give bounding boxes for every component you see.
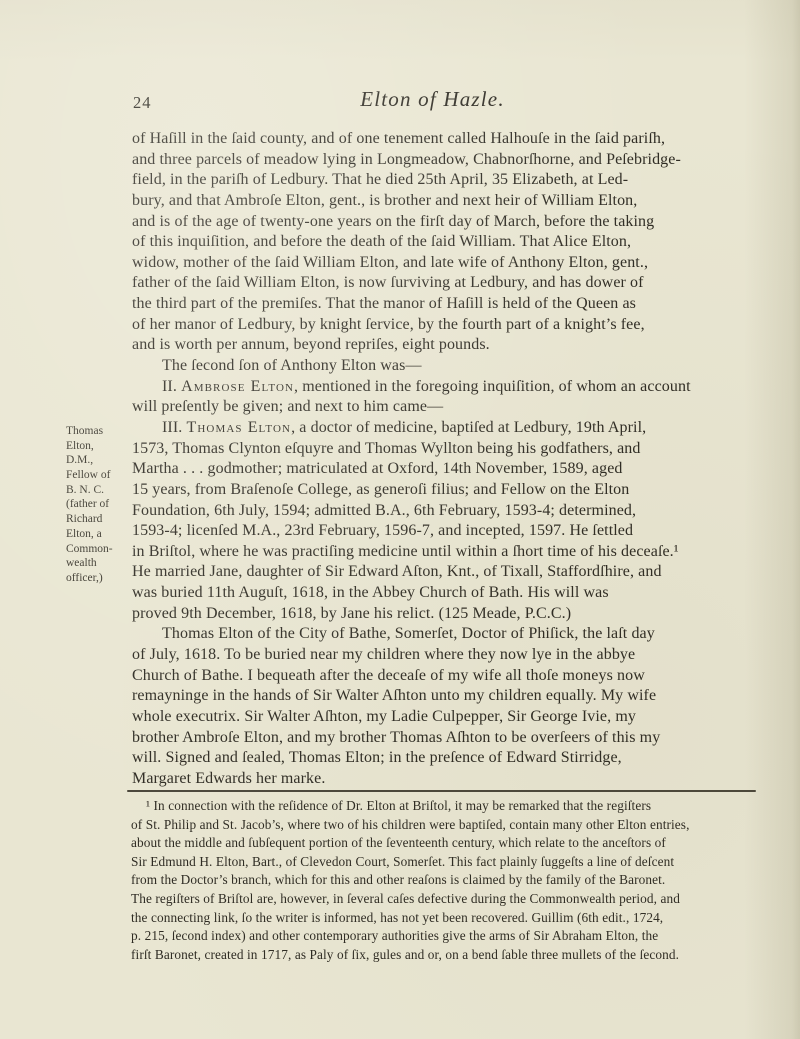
text-line: of this inquiſition, and before the deat… (132, 232, 733, 253)
text-line: Elton, a (66, 527, 130, 542)
text-line: was buried 11th Auguſt, 1618, in the Abb… (132, 583, 733, 604)
text-line: The regiſters of Briſtol are, however, i… (131, 890, 752, 909)
text-line: (father of (66, 497, 130, 512)
text-line: wealth (66, 556, 130, 571)
small-caps-name: Thomas Elton (186, 419, 291, 436)
text-line: D.M., (66, 453, 130, 468)
text-line: Sir Edmund H. Elton, Bart., of Clevedon … (131, 853, 752, 872)
text-line: Elton, (66, 439, 130, 454)
footnote-rule (127, 790, 756, 792)
text-line: Foundation, 6th July, 1594; admitted B.A… (132, 501, 733, 522)
text-line: II. Ambrose Elton, mentioned in the fore… (132, 377, 733, 398)
text-line: 1593-4; licenſed M.A., 23rd February, 15… (132, 521, 733, 542)
text-line: about the middle and ſubſequent portion … (131, 834, 752, 853)
text-line: brother Ambroſe Elton, and my brother Th… (132, 728, 733, 749)
text-line: the third part of the premiſes. That the… (132, 294, 733, 315)
body-text: of Haſill in the ſaid county, and of one… (132, 129, 733, 790)
text-line: Thomas Elton of the City of Bathe, Somer… (132, 624, 733, 645)
text-line: of Haſill in the ſaid county, and of one… (132, 129, 733, 150)
text-line: The ſecond ſon of Anthony Elton was— (132, 356, 733, 377)
margin-note: ThomasElton,D.M.,Fellow ofB. N. C.(fathe… (66, 424, 130, 586)
text-line: of St. Philip and St. Jacob’s, where two… (131, 816, 752, 835)
text-line: B. N. C. (66, 483, 130, 498)
text-line: bury, and that Ambroſe Elton, gent., is … (132, 191, 733, 212)
text-line: 1573, Thomas Clynton eſquyre and Thomas … (132, 439, 733, 460)
text-line: will. Signed and ſealed, Thomas Elton; i… (132, 748, 733, 769)
text-line: from the Doctor’s branch, which for this… (131, 871, 752, 890)
text-line: in Briſtol, where he was practiſing medi… (132, 542, 733, 563)
text-line: and is of the age of twenty-one years on… (132, 212, 733, 233)
text-line: officer,) (66, 571, 130, 586)
text-line: Thomas (66, 424, 130, 439)
text-line: field, in the pariſh of Ledbury. That he… (132, 170, 733, 191)
text-line: Martha . . . godmother; matriculated at … (132, 459, 733, 480)
text-line: 15 years, from Braſenoſe College, as gen… (132, 480, 733, 501)
text-line: and is worth per annum, beyond repriſes,… (132, 335, 733, 356)
running-title: Elton of Hazle. (132, 87, 733, 111)
text-line: and three parcels of meadow lying in Lon… (132, 150, 733, 171)
text-line: remayninge in the hands of Sir Walter Aſ… (132, 686, 733, 707)
text-line: Richard (66, 512, 130, 527)
book-page: 24 Elton of Hazle. ThomasElton,D.M.,Fell… (0, 0, 800, 1039)
text-line: Fellow of (66, 468, 130, 483)
text-line: p. 215, ſecond index) and other contempo… (131, 927, 752, 946)
text-line: widow, mother of the ſaid William Elton,… (132, 253, 733, 274)
text-line: ¹ In connection with the reſidence of Dr… (131, 797, 752, 816)
text-line: the connecting link, ſo the writer is in… (131, 909, 752, 928)
text-line: Margaret Edwards her marke. (132, 769, 733, 790)
text-line: He married Jane, daughter of Sir Edward … (132, 562, 733, 583)
text-line: of her manor of Ledbury, by knight ſervi… (132, 315, 733, 336)
text-line: will preſently be given; and next to him… (132, 397, 733, 418)
small-caps-name: Ambrose Elton (181, 378, 294, 395)
text-line: Church of Bathe. I bequeath after the de… (132, 666, 733, 687)
text-line: Common- (66, 542, 130, 557)
text-line: of July, 1618. To be buried near my chil… (132, 645, 733, 666)
text-line: whole executrix. Sir Walter Aſhton, my L… (132, 707, 733, 728)
text-line: firſt Baronet, created in 1717, as Paly … (131, 946, 752, 965)
text-line: III. Thomas Elton, a doctor of medicine,… (132, 418, 733, 439)
text-line: proved 9th December, 1618, by Jane his r… (132, 604, 733, 625)
text-line: father of the ſaid William Elton, is now… (132, 273, 733, 294)
footnote: ¹ In connection with the reſidence of Dr… (131, 797, 752, 964)
